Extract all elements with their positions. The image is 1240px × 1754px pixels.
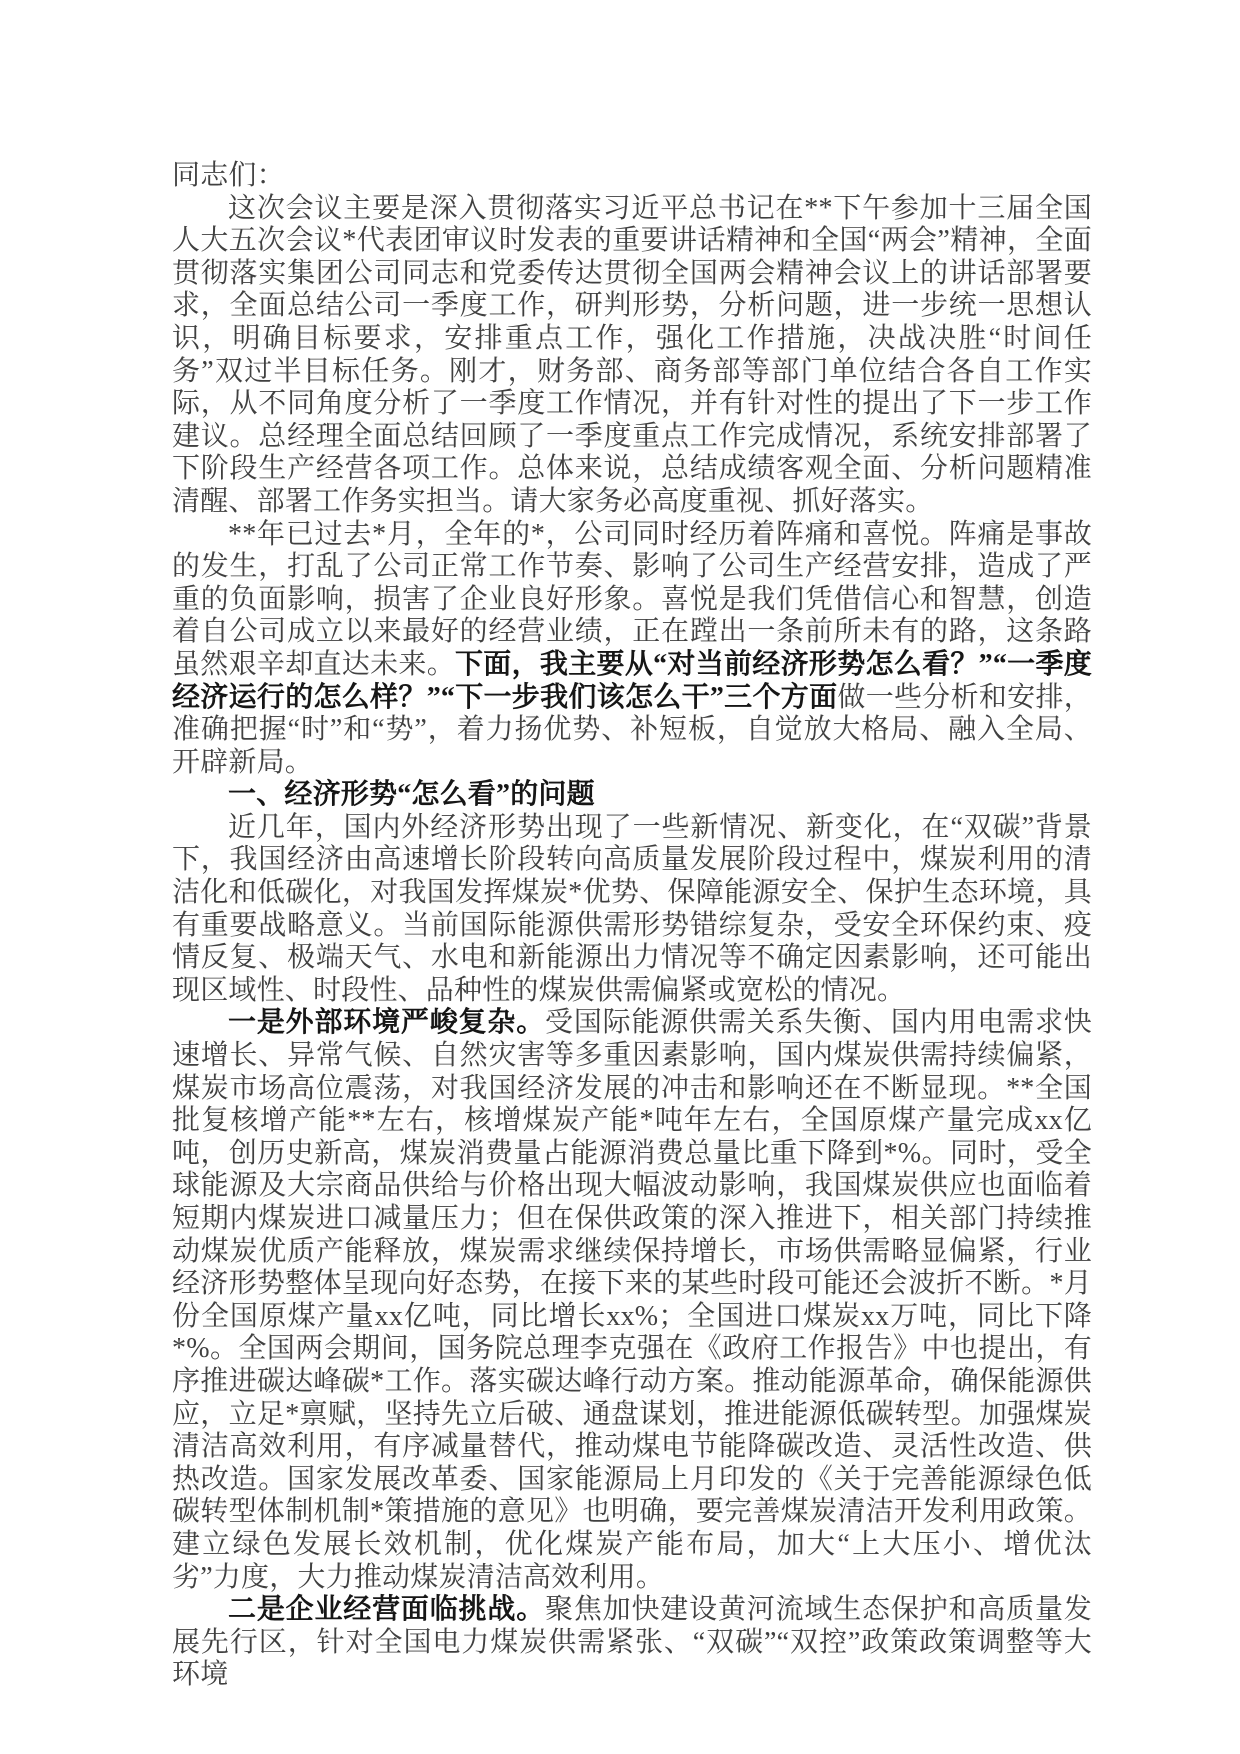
text-run: 同志们： — [172, 160, 285, 191]
document-body: 同志们：这次会议主要是深入贯彻落实习近平总书记在**下午参加十三届全国人大五次会… — [172, 160, 1092, 1692]
paragraph-overview: **年已过去*月，全年的*，公司同时经历着阵痛和喜悦。阵痛是事故的发生，打乱了公… — [172, 519, 1092, 780]
paragraph-opening: 这次会议主要是深入贯彻落实习近平总书记在**下午参加十三届全国人大五次会议*代表… — [172, 193, 1092, 519]
paragraph-point-two: 二是企业经营面临挑战。聚焦加快建设黄河流域生态保护和高质量发展先行区，针对全国电… — [172, 1594, 1092, 1692]
bold-text-run: 一、经济形势“怎么看”的问题 — [228, 779, 595, 810]
text-run: 这次会议主要是深入贯彻落实习近平总书记在**下午参加十三届全国人大五次会议*代表… — [172, 193, 1092, 517]
bold-text-run: 二是企业经营面临挑战。 — [228, 1594, 545, 1625]
paragraph-economic-context: 近几年，国内外经济形势出现了一些新情况、新变化，在“双碳”背景下，我国经济由高速… — [172, 812, 1092, 1008]
document-page: 同志们：这次会议主要是深入贯彻落实习近平总书记在**下午参加十三届全国人大五次会… — [0, 0, 1240, 1754]
bold-text-run: 一是外部环境严峻复杂。 — [228, 1007, 545, 1038]
text-run: 近几年，国内外经济形势出现了一些新情况、新变化，在“双碳”背景下，我国经济由高速… — [172, 812, 1092, 1006]
text-run: 受国际能源供需关系失衡、国内用电需求快速增长、异常气候、自然灾害等多重因素影响，… — [172, 1007, 1092, 1592]
salutation: 同志们： — [172, 160, 1092, 193]
paragraph-point-one: 一是外部环境严峻复杂。受国际能源供需关系失衡、国内用电需求快速增长、异常气候、自… — [172, 1007, 1092, 1594]
section-heading: 一、经济形势“怎么看”的问题 — [172, 779, 1092, 812]
